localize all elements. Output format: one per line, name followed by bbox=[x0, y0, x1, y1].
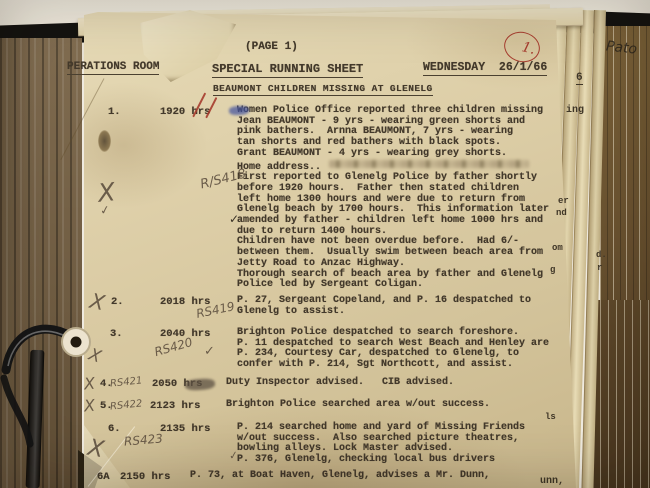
red-slash-mark bbox=[205, 97, 217, 118]
underlying-page-text-fragment: r bbox=[597, 263, 602, 273]
handwritten-x-mark: X bbox=[83, 396, 96, 416]
handwritten-note: RS422 bbox=[110, 398, 143, 412]
underlying-page-text-fragment: nd bbox=[556, 208, 567, 218]
underlying-page-text-fragment: unn, bbox=[540, 476, 564, 487]
underlying-page-text-fragment: ing bbox=[566, 105, 584, 116]
handwritten-x-mark: X bbox=[86, 345, 103, 368]
photo-of-running-sheet: (PAGE 1) PERATIONS ROOM SPECIAL RUNNING … bbox=[0, 0, 650, 488]
underlying-page-text-fragment: om bbox=[552, 243, 563, 253]
underlying-page-text-fragment: g bbox=[550, 265, 555, 275]
handwritten-note: RS421 bbox=[110, 375, 143, 389]
handwritten-x-mark: X bbox=[86, 435, 106, 463]
handwritten-tick: ✓ bbox=[229, 212, 239, 226]
underlying-page-text-fragment: d. bbox=[596, 250, 607, 260]
handwritten-note: RS420 bbox=[153, 335, 194, 359]
ink-scribble-blot bbox=[185, 378, 216, 391]
handwritten-tick: ✓ bbox=[228, 448, 239, 462]
underlying-page-text-fragment: er bbox=[558, 196, 569, 206]
underlying-page-text-fragment: 6 bbox=[576, 72, 583, 85]
handwritten-tick: ✓ bbox=[204, 344, 215, 359]
handwritten-x-mark: X bbox=[83, 374, 96, 394]
handwritten-note: RS419 bbox=[195, 299, 236, 321]
red-slash-mark bbox=[192, 92, 206, 117]
handwritten-note: RS423 bbox=[123, 431, 163, 448]
annotations-layer: X✓R/S418✓XRS419XRS420✓XRS421XRS422RS423X… bbox=[0, 0, 650, 488]
handwritten-note: Pato bbox=[605, 38, 638, 57]
handwritten-x-mark: X bbox=[88, 289, 107, 315]
ink-scribble-blot bbox=[229, 105, 249, 115]
handwritten-note: R/S418 bbox=[199, 167, 248, 193]
underlying-page-text-fragment: ls bbox=[545, 412, 556, 422]
handwritten-tick: ✓ bbox=[99, 202, 111, 218]
